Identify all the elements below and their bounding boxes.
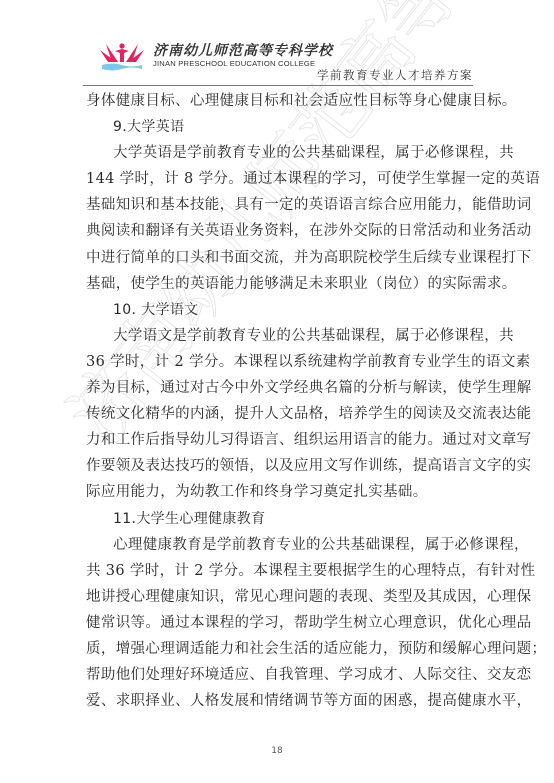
paragraph-line: 大学英语是学前教育专业的公共基础课程，属于必修课程，共 — [86, 140, 474, 166]
page-number: 18 — [0, 746, 554, 756]
paragraph-line: 大学语文是学前教育专业的公共基础课程，属于必修课程，共 — [86, 323, 474, 349]
paragraph-line: 帮助他们处理好环境适应、自我管理、学习成才、人际交往、交友恋 — [86, 662, 474, 688]
school-name-cn: 济南幼儿师范高等专科学校 — [153, 40, 333, 60]
paragraph-line: 爱、求职择业、人格发展和情绪调节等方面的困惑，提高健康水平， — [86, 688, 474, 714]
lotus-logo-icon — [98, 40, 146, 72]
body-content: 身体健康目标、心理健康目标和社会适应性目标等身心健康目标。 9.大学英语 大学英… — [86, 88, 474, 714]
paragraph-line: 36 学时，计 2 学分。本课程以系统建构学前教育专业学生的语文素 — [86, 349, 474, 375]
paragraph-line: 身体健康目标、心理健康目标和社会适应性目标等身心健康目标。 — [86, 88, 474, 114]
paragraph-line: 地讲授心理健康知识，常见心理问题的表现、类型及其成因，心理保 — [86, 584, 474, 610]
document-title: 学前教育专业人才培养方案 — [317, 67, 473, 83]
paragraph-line: 共 36 学时，计 2 学分。本课程主要根据学生的心理特点，有针对性 — [86, 558, 474, 584]
page-header: 济南幼儿师范高等专科学校 JINAN PRESCHOOL EDUCATION C… — [83, 36, 473, 88]
paragraph-line: 中进行简单的口头和书面交流，并为高职院校学生后续专业课程打下 — [86, 245, 474, 271]
paragraph-line: 144 学时，计 8 学分。通过本课程的学习，可使学生掌握一定的英语 — [86, 166, 474, 192]
section-heading-english: 9.大学英语 — [86, 114, 474, 140]
paragraph-line: 养为目标，通过对古今中外文学经典名篇的分析与解读，使学生理解 — [86, 375, 474, 401]
paragraph-line: 心理健康教育是学前教育专业的公共基础课程，属于必修课程， — [86, 532, 474, 558]
paragraph-line: 健常识等。通过本课程的学习，帮助学生树立心理意识，优化心理品 — [86, 610, 474, 636]
paragraph-line: 际应用能力，为幼教工作和终身学习奠定扎实基础。 — [86, 479, 474, 505]
paragraph-line: 力和工作后指导幼儿习得语言、组织运用语言的能力。通过对文章写 — [86, 427, 474, 453]
header-divider — [83, 85, 473, 86]
school-name-en: JINAN PRESCHOOL EDUCATION COLLEGE — [153, 59, 315, 68]
paragraph-line: 基础知识和基本技能，具有一定的英语语言综合应用能力，能借助词 — [86, 192, 474, 218]
paragraph-line: 典阅读和翻译有关英语业务资料，在涉外交际的日常活动和业务活动 — [86, 218, 474, 244]
section-heading-chinese: 10. 大学语文 — [86, 297, 474, 323]
paragraph-line: 作要领及表达技巧的领悟，以及应用文写作训练，提高语言文字的实 — [86, 453, 474, 479]
paragraph-line: 质，增强心理调适能力和社会生活的适应能力，预防和缓解心理问题； — [86, 636, 474, 662]
paragraph-line: 基础，使学生的英语能力能够满足未来职业（岗位）的实际需求。 — [86, 271, 474, 297]
paragraph-line: 传统文化精华的内涵，提升人文品格，培养学生的阅读及交流表达能 — [86, 401, 474, 427]
section-heading-mental-health: 11.大学生心理健康教育 — [86, 506, 474, 532]
document-page: 济南幼儿师范高等专科学校 济南幼儿师范高等专科学校 JINAN PRESCHOO… — [0, 0, 554, 783]
